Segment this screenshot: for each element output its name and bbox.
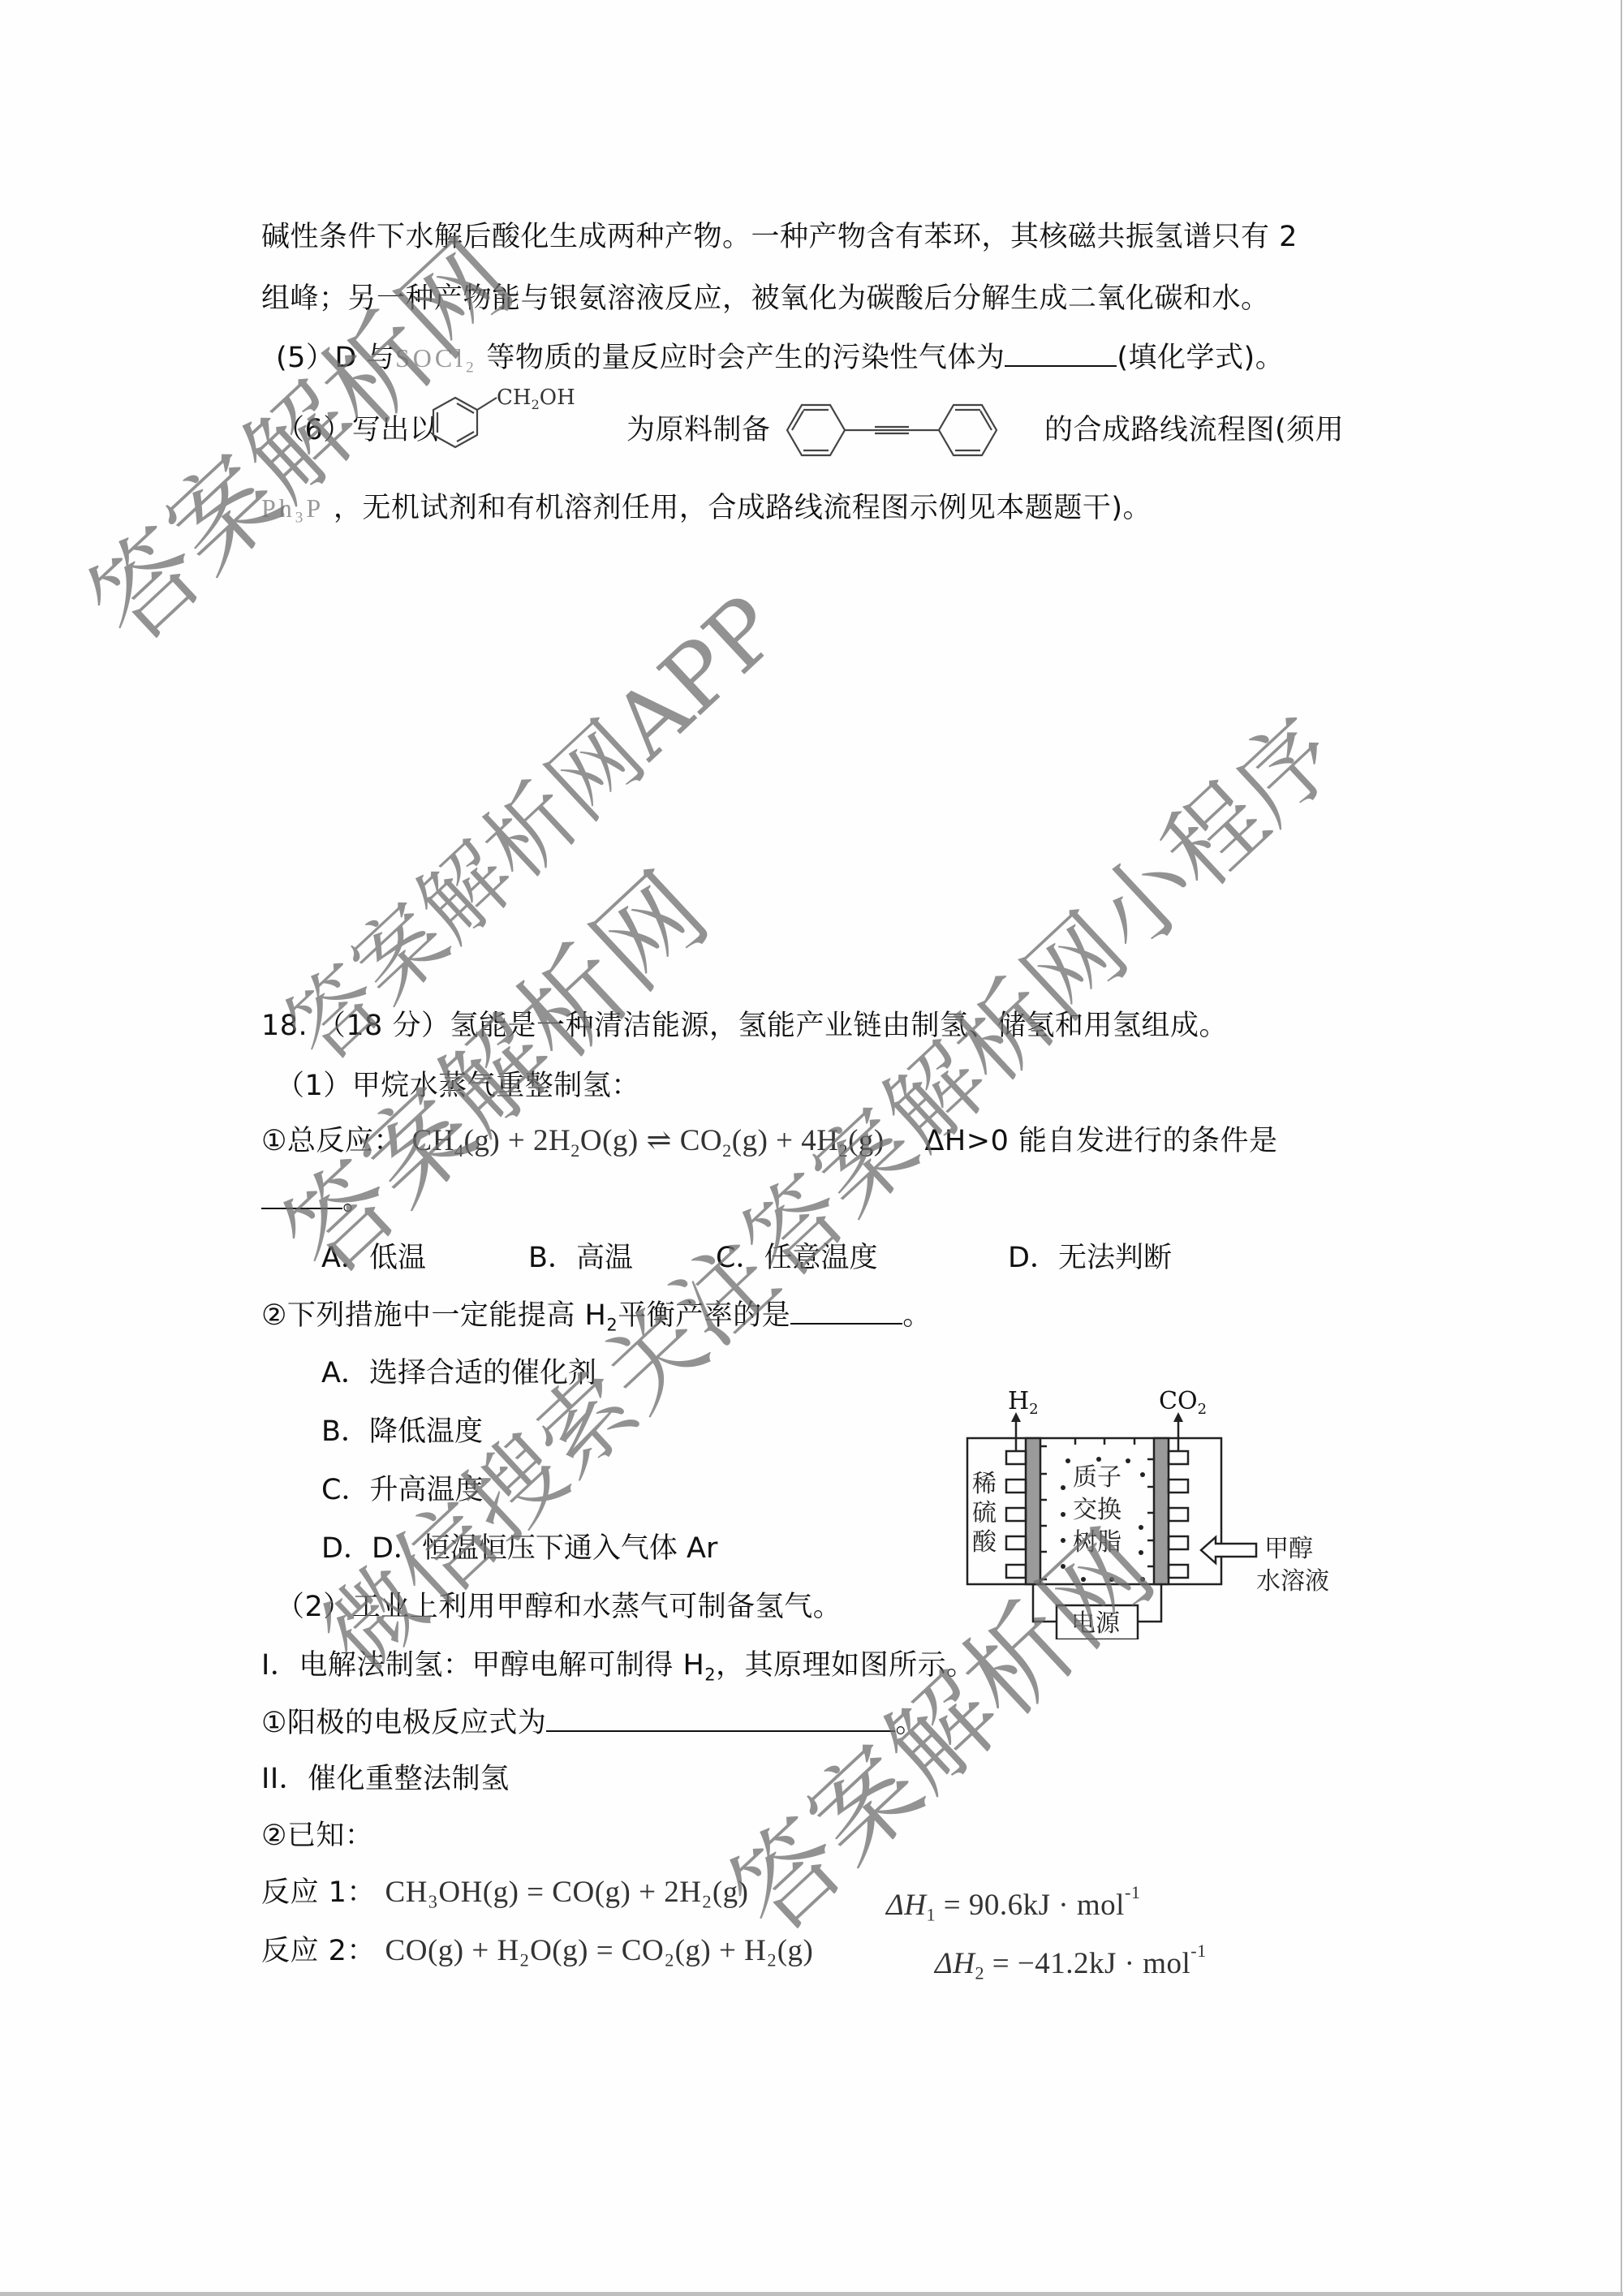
ch2oh-label: CH2OH [497,388,575,412]
item1-choice-a[interactable]: A．低温 [321,1240,426,1276]
item2-choice-b[interactable]: B．降低温度 [321,1414,483,1450]
q18-known: ②已知： [261,1818,373,1854]
dilute-h2so4-label-1: 稀 [972,1470,997,1498]
socl2-formula: SOCl2 [395,343,477,373]
part5-suffix: (填化学式)。 [1117,342,1284,374]
reaction-1: 反应 1： CH₃OH(g) = CO(g) + 2H₂(g) ΔH1 = 90… [261,1875,748,1910]
q18-item1: ①总反应： CH4(g) + 2H2O(g) ⇌ CO2(g) + 4H2(g)… [261,1123,1277,1169]
reaction-1-equation: CH₃OH(g) = CO(g) + 2H₂(g) [385,1876,749,1909]
item2-choice-c[interactable]: C．升高温度 [321,1472,483,1508]
reaction-2-enthalpy: ΔH2 = −41.2kJ · mol-1 [935,1933,1207,1992]
methanol-solution-label-1: 甲醇 [1264,1535,1313,1563]
part6-suffix: 的合成路线流程图(须用 [1044,412,1344,448]
h2-gas-label: H2 [1008,1387,1039,1418]
reaction-1-enthalpy: ΔH1 = 90.6kJ · mol-1 [886,1875,1140,1933]
item2-choice-a[interactable]: A．选择合适的催化剂 [321,1355,596,1391]
item1-choice-d[interactable]: D．无法判断 [1008,1240,1172,1276]
part5-prefix: (5）D 与 [276,342,395,374]
item1-answer-blank[interactable] [261,1182,342,1209]
membrane-label-3: 树脂 [1073,1528,1121,1557]
diphenylacetylene-structure [786,398,1013,463]
membrane-label-1: 质子 [1073,1463,1121,1492]
item1-choice-c[interactable]: C．任意温度 [716,1240,877,1276]
page-border-right [1621,0,1622,2296]
q18-part1-title: （1）甲烷水蒸气重整制氢： [276,1068,640,1104]
reaction-2: 反应 2： CO(g) + H₂O(g) = CO₂(g) + H₂(g) ΔH… [261,1933,813,1969]
item2-choice-d[interactable]: D．D．恒温恒压下通入气体 Ar [321,1531,717,1566]
q17-part5: (5）D 与SOCl2 等物质的量反应时会产生的污染性气体为(填化学式)。 [276,339,1284,386]
electrolysis-cell-diagram: H2 CO2 稀 硫 酸 质子 交换 树脂 甲醇 水溶液 电源 [958,1380,1363,1639]
q18-section1: I．电解法制氢：甲醇电解可制得 H2，其原理如图所示。 [261,1648,975,1692]
q18-item2: ②下列措施中一定能提高 H2平衡产率的是。 [261,1297,932,1342]
dilute-h2so4-label-3: 酸 [972,1528,997,1557]
item1-choice-b[interactable]: B．高温 [528,1240,633,1276]
benzyl-alcohol-structure: CH2OH [430,388,592,469]
power-source-label: 电源 [1071,1609,1121,1638]
co2-gas-label: CO2 [1159,1387,1207,1418]
q18-header: 18. （18 分）氢能是一种清洁能源，氢能产业链由制氢、储氢和用氢组成。 [261,1008,1228,1044]
methane-reforming-equation: CH4(g) + 2H2O(g) ⇌ CO2(g) + 4H2(g) [412,1124,893,1157]
q18-anode-item: ①阳极的电极反应式为。 [261,1704,924,1741]
q17-text-line-1: 碱性条件下水解后酸化生成两种产物。一种产物含有苯环，其核磁共振氢谱只有 2 [261,219,1298,255]
ph3p-formula: Ph3P [261,493,324,523]
page-border-bottom [0,2292,1623,2296]
part6-line-2: Ph3P ，无机试剂和有机溶剂任用，合成路线流程图示例见本题题干)。 [261,490,1152,536]
q17-text-line-2: 组峰；另一种产物能与银氨溶液反应，被氧化为碳酸后分解生成二氧化碳和水。 [261,281,1270,317]
part5-answer-blank[interactable] [1005,339,1117,367]
q18-part2-title: （2）工业上利用甲醇和水蒸气可制备氢气。 [276,1589,842,1625]
item2-answer-blank[interactable] [790,1297,902,1325]
membrane-label-2: 交换 [1073,1496,1121,1524]
methanol-solution-label-2: 水溶液 [1256,1567,1329,1596]
part6-prefix: （6）写出以 [276,412,438,448]
q18-item1-blank-line: 。 [261,1182,372,1218]
reaction-2-equation: CO(g) + H₂O(g) = CO₂(g) + H₂(g) [385,1934,814,1967]
anode-answer-blank[interactable] [546,1704,895,1732]
q18-section2: II．催化重整法制氢 [261,1761,510,1797]
part6-middle: 为原料制备 [626,412,771,448]
part5-middle: 等物质的量反应时会产生的污染性气体为 [486,342,1005,374]
dilute-h2so4-label-2: 硫 [972,1499,997,1527]
